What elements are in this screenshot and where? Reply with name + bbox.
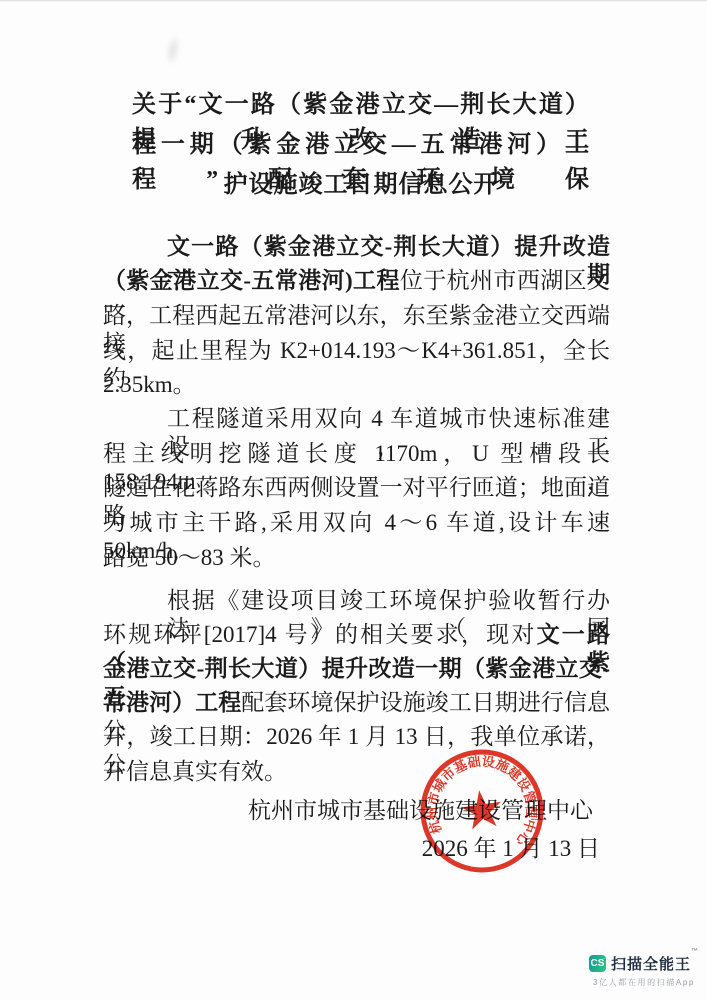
doc-title-line-3: 护设施竣工日期信息公开 (132, 164, 590, 199)
app-name-text: 扫描全能王 (611, 956, 691, 973)
scan-smudge-artifact (163, 33, 183, 67)
camscanner-watermark: CS 扫描全能王™ 3亿人都在用的扫描App (589, 953, 699, 988)
watermark-tagline: 3亿人都在用的扫描App (593, 977, 695, 988)
text-line: 路宽 50～83 米。 (103, 544, 610, 572)
project-name-emphasis: （紫金港立交-五常港河)工程 (103, 268, 400, 293)
watermark-row: CS 扫描全能王™ (589, 953, 699, 974)
trademark-mark: ™ (691, 948, 699, 955)
scan-edge-artifact (0, 0, 707, 2)
project-name-emphasis: 常港河）工程 (103, 690, 241, 715)
text-segment: 环规环评[2017]4 号）的相关要求，现对 (103, 622, 537, 647)
document-page: 关于“文一路（紫金港立交—荆长大道）提升改造工 程一期（紫金港立交—五常港河）工… (0, 0, 707, 1000)
seal-star-icon (459, 787, 504, 830)
cs-logo-icon: CS (589, 955, 606, 972)
text-line: 2.35km。 (103, 371, 610, 399)
official-seal: 杭州市城市基础设施建设管理中心 (418, 747, 546, 875)
watermark-app-name: 扫描全能王™ (611, 953, 699, 974)
